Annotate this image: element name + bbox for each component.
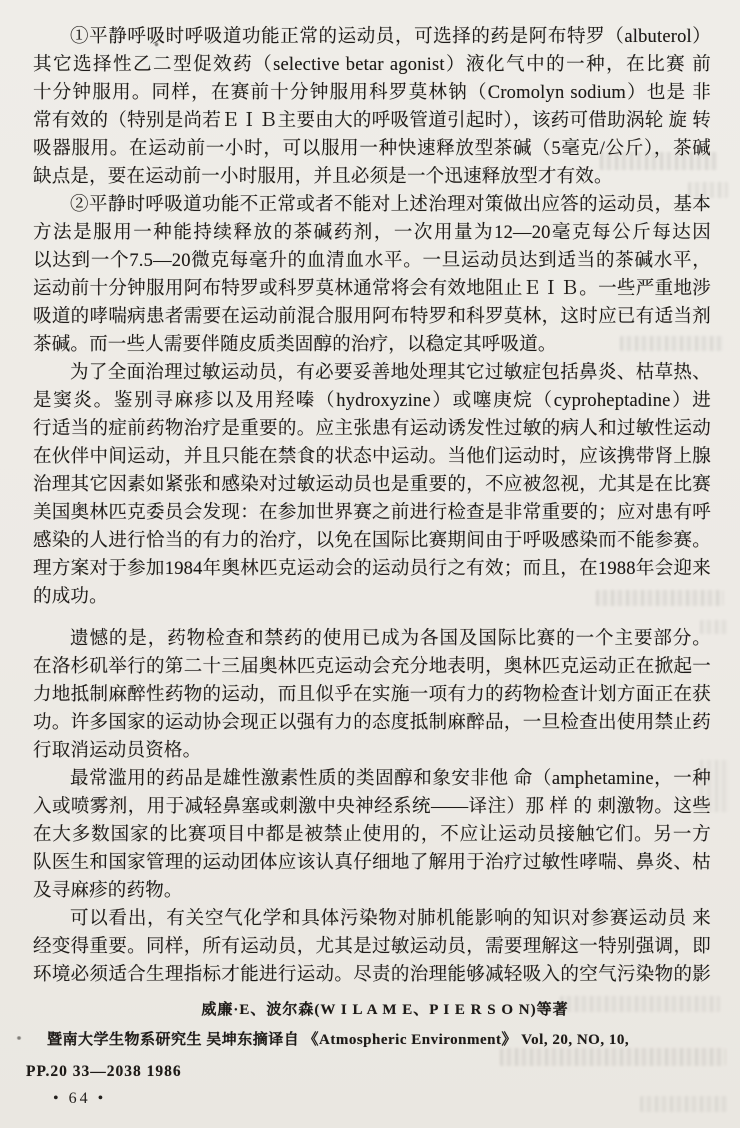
text-line: 十分钟服用。同样，在赛前十分钟服用科罗莫林钠（Cromolyn sodium）也…	[33, 79, 711, 107]
text-line: 理方案对于参加1984年奥林匹克运动会的运动员行之有效；而且，在1988年会迎来…	[33, 555, 711, 583]
paragraph: ②平静时呼吸道功能不正常或者不能对上述治理对策做出应答的运动员，基本治理方法是服…	[33, 191, 711, 359]
text-line: 遗憾的是，药物检查和禁药的使用已成为各国及国际比赛的一个主要部分。1984年	[33, 625, 711, 653]
text-line: 力地抵制麻醉性药物的运动，而且似乎在实施一项有力的药物检查计划方面正在获得成	[33, 681, 711, 709]
scan-artifact	[16, 1036, 22, 1040]
text-line: 为了全面治理过敏运动员，有必要妥善地处理其它过敏症包括鼻炎、枯草热、尤其	[33, 359, 711, 387]
scan-artifact	[700, 620, 728, 634]
scanned-page: ①平静呼吸时呼吸道功能正常的运动员，可选择的药是阿布特罗（albuterol）或…	[0, 0, 740, 1128]
paragraph: 可以看出，有关空气化学和具体污染物对肺机能影响的知识对参赛运动员 来 说 已经变…	[33, 905, 711, 989]
scan-artifact	[620, 336, 724, 351]
text-line: 常有效的（特别是尚若ＥＩＢ主要由大的呼吸管道引起时），该药可借助涡轮 旋 转 式	[33, 107, 711, 135]
paragraph: 遗憾的是，药物检查和禁药的使用已成为各国及国际比赛的一个主要部分。1984年在洛…	[33, 625, 711, 765]
text-line: 最常滥用的药品是雄性激素性质的类固醇和象安非他 命（amphetamine，一种…	[33, 765, 711, 793]
text-line: 感染的人进行恰当的有力的治疗，以免在国际比赛期间由于呼吸感染而不能参赛。该治	[33, 527, 711, 555]
scan-artifact	[500, 1048, 726, 1066]
text-line: 在洛杉矶举行的第二十三届奥林匹克运动会充分地表明，奥林匹克运动正在掀起一个有	[33, 653, 711, 681]
paragraph: 最常滥用的药品是雄性激素性质的类固醇和象安非他 命（amphetamine，一种…	[33, 765, 711, 905]
text-line: 可以看出，有关空气化学和具体污染物对肺机能影响的知识对参赛运动员 来 说 已	[33, 905, 711, 933]
scan-artifact	[154, 42, 159, 47]
text-line: 是窦炎。鉴别寻麻疹以及用羟嗪（hydroxyzine）或噻庚烷（cyprohep…	[33, 387, 711, 415]
text-line: 方法是服用一种能持续释放的茶碱药剂，一次用量为12—20毫克每公斤每达因(dy)…	[33, 219, 711, 247]
text-line: 及寻麻疹的药物。	[33, 877, 711, 905]
text-line: 环境必须适合生理指标才能进行运动。尽责的治理能够减轻吸入的空气污染物的影响。	[33, 961, 711, 989]
scan-artifact	[640, 1096, 728, 1112]
text-line: 吸道的哮喘病患者需要在运动前混合服用阿布特罗和科罗莫林，这时应已有适当剂量的	[33, 303, 711, 331]
text-line: 队医生和国家管理的运动团体应该认真仔细地了解用于治疗过敏性哮喘、鼻炎、枯草热	[33, 849, 711, 877]
scan-artifact	[688, 182, 728, 198]
page-number: • 64 •	[53, 1090, 106, 1108]
text-line: 行取消运动员资格。	[33, 737, 711, 765]
text-line: ①平静呼吸时呼吸道功能正常的运动员，可选择的药是阿布特罗（albuterol）或	[33, 23, 711, 51]
paragraph: 为了全面治理过敏运动员，有必要妥善地处理其它过敏症包括鼻炎、枯草热、尤其是窦炎。…	[33, 359, 711, 611]
text-line: 其它选择性乙二型促效药（selective betar agonist）液化气中…	[33, 51, 711, 79]
text-line: ②平静时呼吸道功能不正常或者不能对上述治理对策做出应答的运动员，基本治理	[33, 191, 711, 219]
text-line: 茶碱。而一些人需要伴随皮质类固醇的治疗，以稳定其呼吸道。	[33, 331, 711, 359]
text-line: 治理其它因素如紧张和感染对过敏运动员也是重要的，不应被忽视，尤其是在比赛前。	[33, 471, 711, 499]
text-line: 运动前十分钟服用阿布特罗或科罗莫林通常将会有效地阻止ＥＩＢ。一些严重地涉及呼	[33, 275, 711, 303]
text-line: 入或喷雾剂，用于减轻鼻塞或刺激中央神经系统——译注）那 样 的 刺激物。这些药品	[33, 793, 711, 821]
article-body: ①平静呼吸时呼吸道功能正常的运动员，可选择的药是阿布特罗（albuterol）或…	[33, 23, 711, 1085]
text-line: 以达到一个7.5—20微克每毫升的血清血水平。一旦运动员达到适当的茶碱水平，则 …	[33, 247, 711, 275]
scan-artifact	[700, 760, 730, 812]
text-line: 在伙伴中间运动，并且只能在禁食的状态中运动。当他们运动时，应该携带肾上腺素。	[33, 443, 711, 471]
text-line: 美国奥林匹克委员会发现：在参加世界赛之前进行检查是非常重要的；应对患有呼吸道	[33, 499, 711, 527]
text-line: 行适当的症前药物治疗是重要的。应主张患有运动诱发性过敏的病人和过敏性运动员只	[33, 415, 711, 443]
scan-artifact	[600, 152, 718, 170]
text-line: 在大多数国家的比赛项目中都是被禁止使用的，不应让运动员接触它们。另一方面，随	[33, 821, 711, 849]
scan-artifact	[560, 996, 720, 1012]
text-line: 功。许多国家的运动协会现正以强有力的态度抵制麻醉品，一旦检查出使用禁止药品即	[33, 709, 711, 737]
text-line: 经变得重要。同样，所有运动员，尤其是过敏运动员，需要理解这一特别强调，即城市	[33, 933, 711, 961]
scan-artifact	[596, 590, 724, 606]
